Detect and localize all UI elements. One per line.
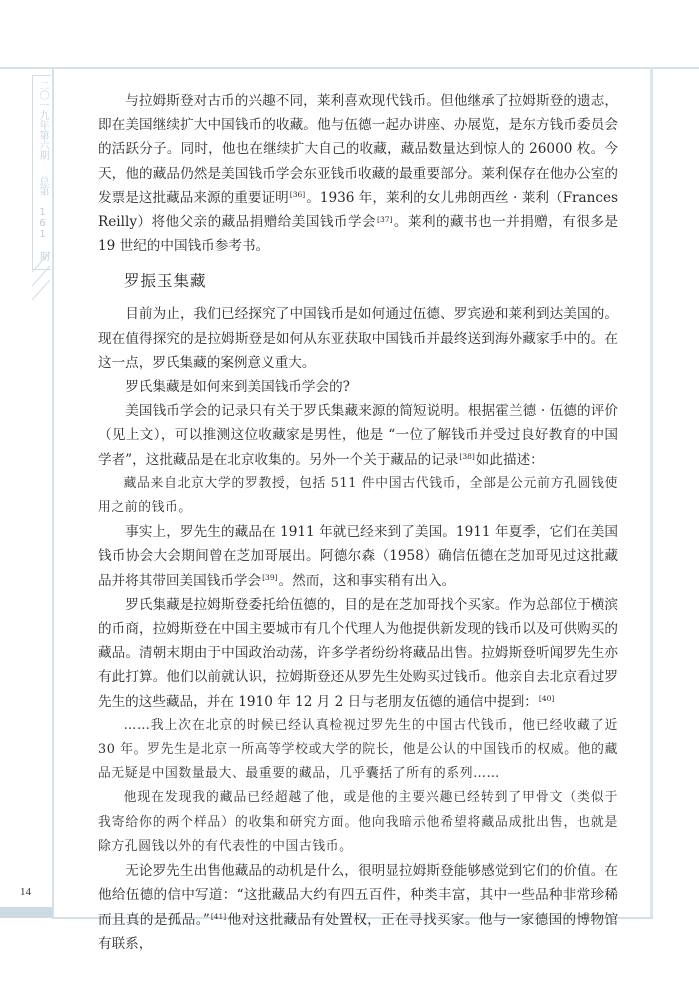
block-quote-letter-1: ……我上次在北京的时候已经认真检视过罗先生的中国古代钱币，他已经收藏了近 30 …: [98, 714, 618, 787]
paragraph-motive: 无论罗先生出售他藏品的动机是什么，很明显拉姆斯登能够感觉到它们的价值。在他给伍德…: [98, 859, 618, 956]
paragraph-reilly: 与拉姆斯登对古币的兴趣不同，莱利喜欢现代钱币。但他继承了拉姆斯登的遗志，即在美国…: [98, 89, 618, 258]
footer-color-band: [0, 907, 53, 918]
footnote-ref-38[interactable]: [38]: [459, 452, 474, 461]
paragraph-intro: 目前为止，我们已经探究了中国钱币是如何通过伍德、罗宾逊和莱利到达美国的。现在值得…: [98, 302, 618, 375]
paragraph-records: 美国钱币学会的记录只有关于罗氏集藏来源的简短说明。根据霍兰德 · 伍德的评价（见…: [98, 399, 618, 472]
paragraph-1911: 事实上，罗先生的藏品在 1911 年就已经来到了美国。1911 年夏季，它们在美…: [98, 520, 618, 593]
block-quote-record: 藏品来自北京大学的罗教授，包括 511 件中国古代钱币，全部是公元前方孔圆钱使用…: [98, 472, 618, 520]
diagonal-hatch-decoration: [30, 250, 52, 300]
footnote-ref-39[interactable]: [39]: [262, 573, 277, 582]
footnote-ref-36[interactable]: [36]: [290, 190, 305, 199]
block-quote-letter-2: 他现在发现我的藏品已经超越了他，或是他的主要兴趣已经转到了甲骨文（类似于我寄给你…: [98, 786, 618, 859]
footnote-ref-41[interactable]: [41]: [211, 912, 226, 921]
article-body: 与拉姆斯登对古币的兴趣不同，莱利喜欢现代钱币。但他继承了拉姆斯登的遗志，即在美国…: [98, 89, 618, 956]
section-heading: 罗振玉集藏: [98, 270, 618, 292]
issue-label: 二〇一九年第六期总第 161 期: [33, 80, 51, 261]
paragraph-lumsden: 罗氏集藏是拉姆斯登委托给伍德的，目的是在芝加哥找个买家。作为总部位于横滨的币商，…: [98, 593, 618, 714]
footnote-ref-37[interactable]: [37]: [377, 215, 392, 224]
page-number: 14: [20, 886, 31, 898]
left-margin-rule: [52, 68, 54, 918]
paragraph-question: 罗氏集藏是如何来到美国钱币学会的?: [98, 375, 618, 399]
issue-label-year: 二〇一九年第六期: [37, 80, 48, 160]
issue-label-total: 总第 161 期: [37, 176, 48, 261]
top-border-rule: [0, 67, 699, 69]
footnote-ref-40[interactable]: [40]: [539, 694, 554, 703]
right-border-rule: [650, 68, 653, 919]
